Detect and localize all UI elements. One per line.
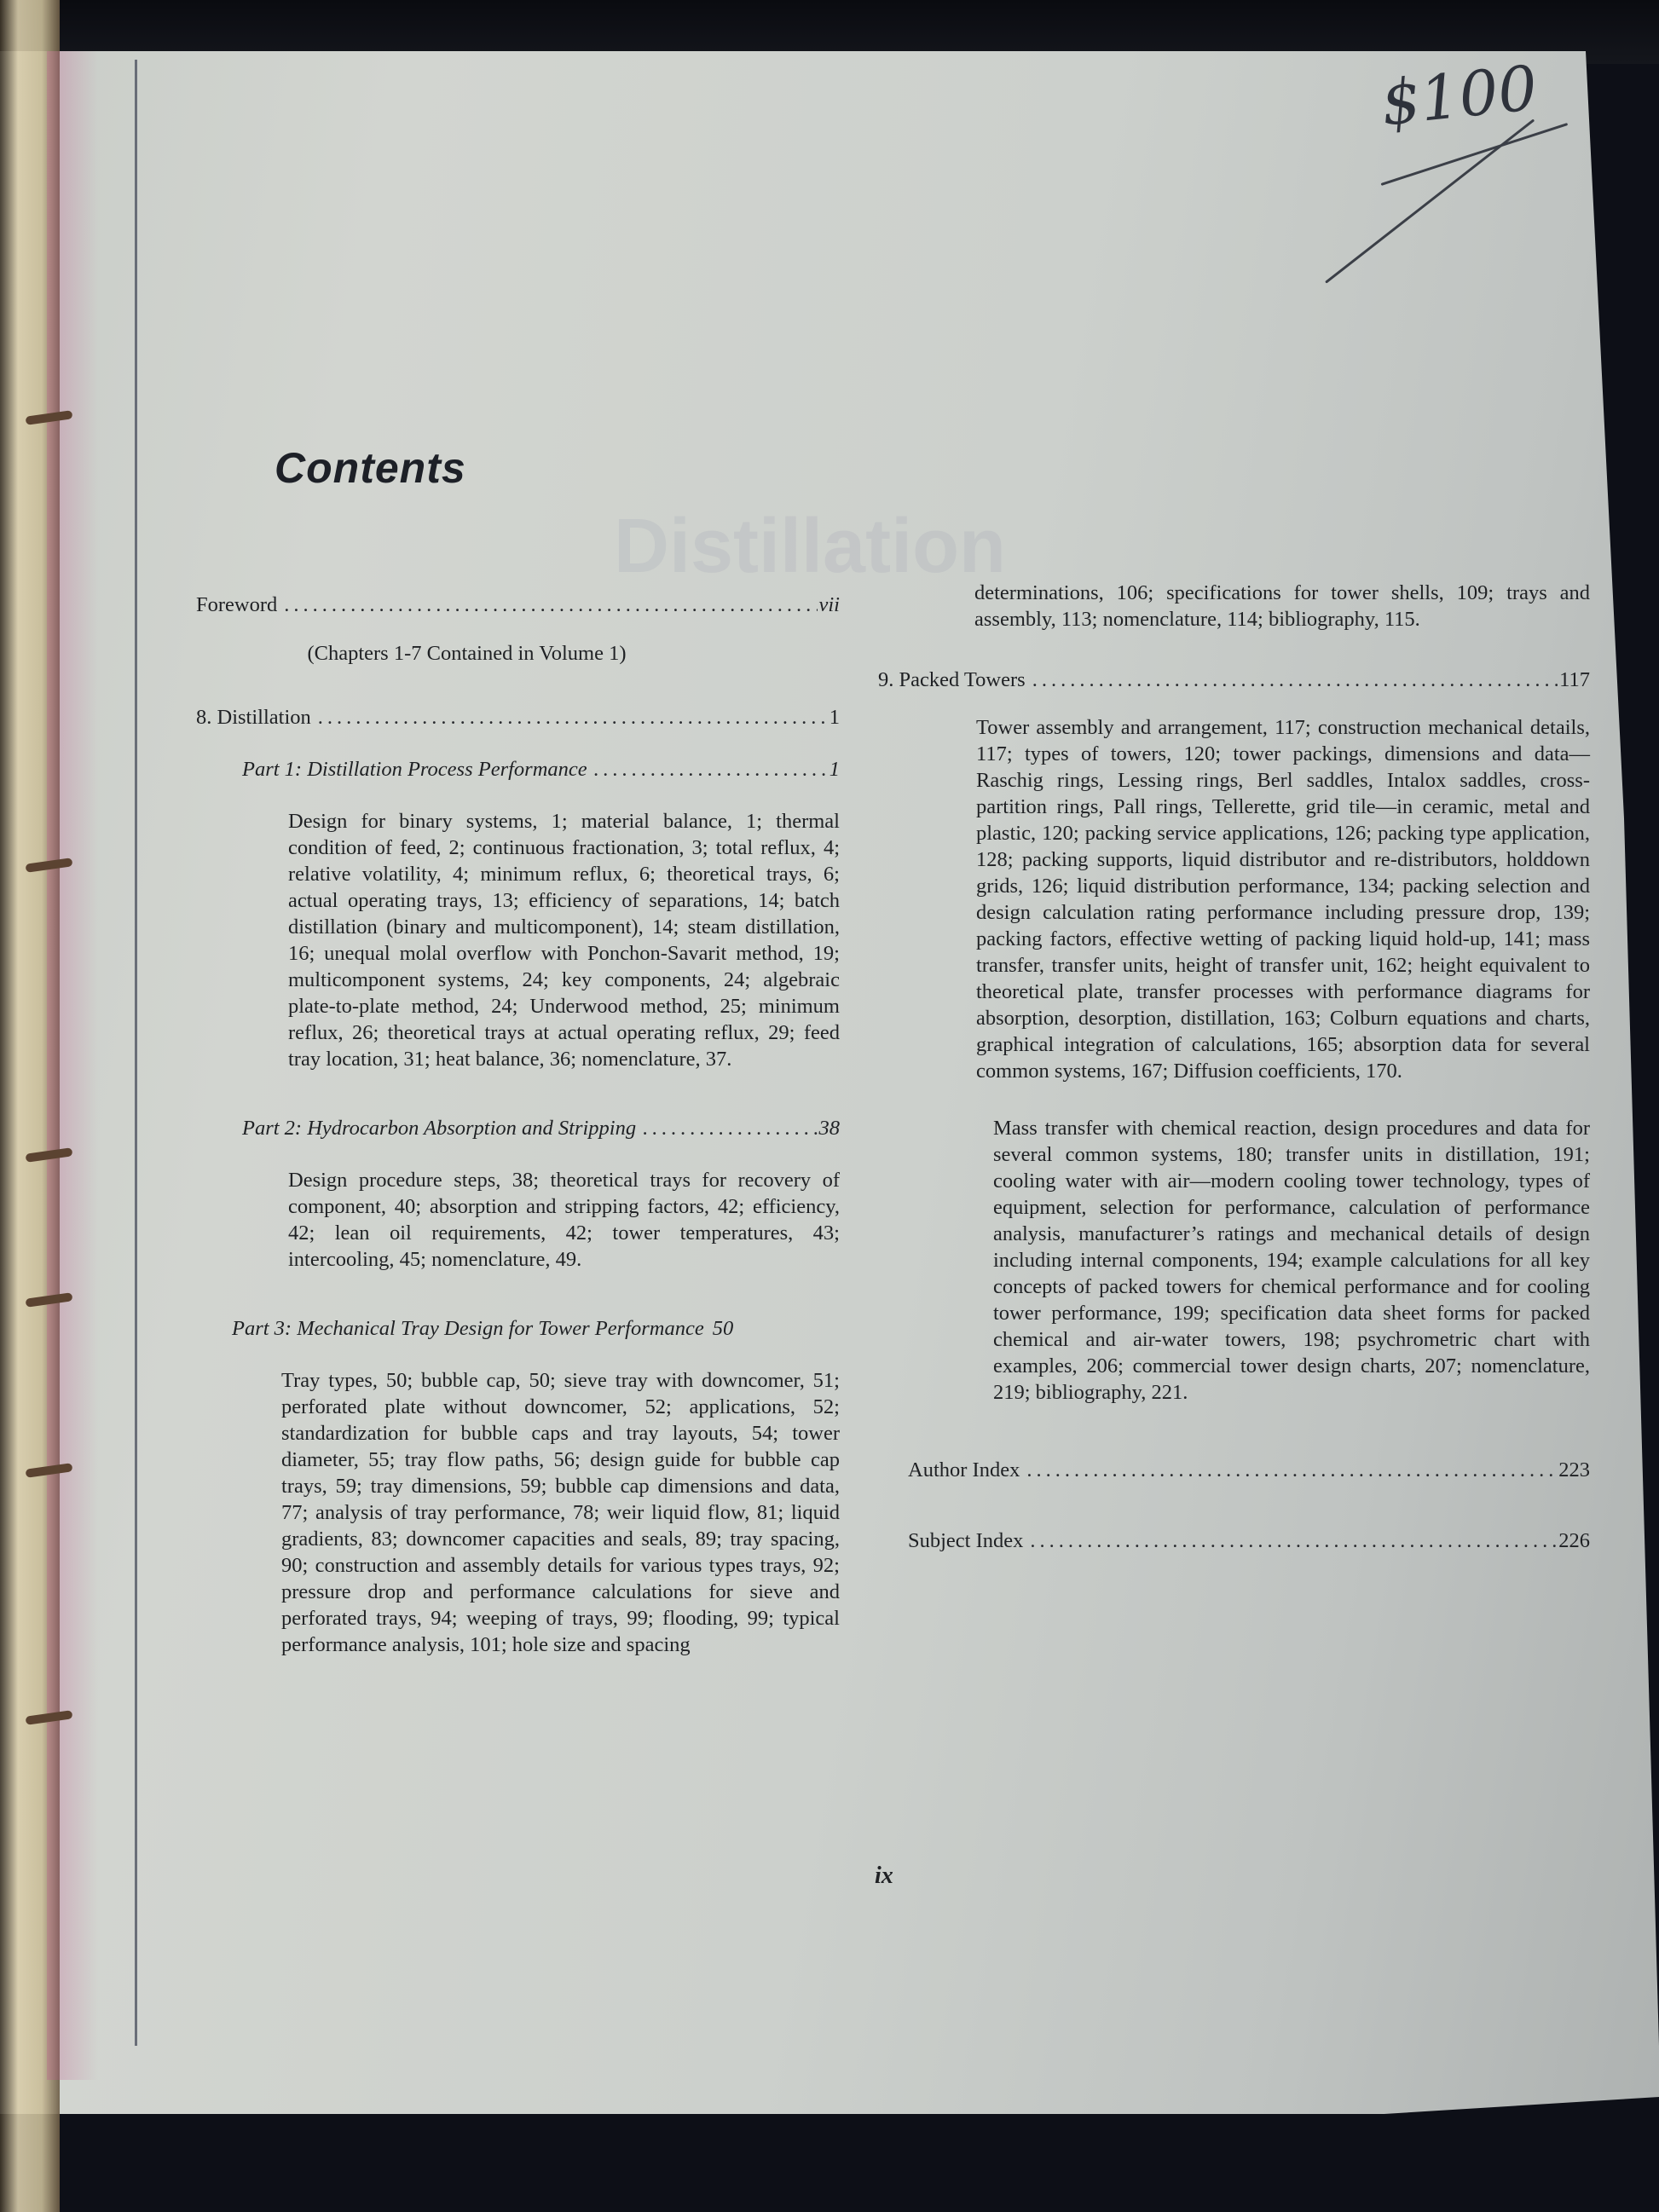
toc-page-number: 1: [828, 704, 840, 731]
leader-dots: [1026, 1457, 1557, 1483]
leader-dots: [643, 1115, 817, 1141]
leader-dots: [284, 592, 817, 618]
toc-page-number: 223: [1557, 1457, 1590, 1483]
toc-entry-label: Part 3: Mechanical Tray Design for Tower…: [232, 1315, 711, 1342]
toc-entry-label: Foreword: [196, 592, 284, 618]
toc-page-number: 38: [818, 1115, 841, 1141]
toc-entry-label: Part 2: Hydrocarbon Absorption and Strip…: [242, 1115, 643, 1141]
toc-page-number: 1: [828, 756, 840, 783]
toc-page-number: vii: [818, 592, 841, 618]
part-1-topics: Design for binary systems, 1; material b…: [288, 808, 840, 1072]
part-3-topics-continued: determinations, 106; specifications for …: [974, 580, 1590, 632]
toc-entry-part-1[interactable]: Part 1: Distillation Process Performance…: [242, 756, 840, 783]
page-title: Contents: [275, 443, 466, 493]
leader-dots: [1030, 1528, 1557, 1554]
toc-entry-label: 8. Distillation: [196, 704, 318, 731]
leader-dots: [318, 704, 828, 731]
leader-dots: [594, 756, 828, 783]
volume-note: (Chapters 1-7 Contained in Volume 1): [196, 640, 840, 667]
toc-entry-label: Author Index: [908, 1457, 1026, 1483]
toc-entry-label: 9. Packed Towers: [878, 667, 1032, 693]
toc-entry-chapter-9[interactable]: 9. Packed Towers 117: [878, 667, 1590, 693]
toc-page-number: 117: [1558, 667, 1590, 693]
toc-entry-author-index[interactable]: Author Index 223: [908, 1457, 1590, 1483]
toc-page-number: 226: [1557, 1528, 1590, 1554]
toc-entry-label: Part 1: Distillation Process Performance: [242, 756, 594, 783]
chapter-9-topics-continued: Mass transfer with chemical reaction, de…: [993, 1115, 1590, 1406]
leader-dots: [1032, 667, 1558, 693]
binding-stain: [47, 51, 98, 2080]
toc-entry-subject-index[interactable]: Subject Index 226: [908, 1528, 1590, 1554]
part-2-topics: Design procedure steps, 38; theoretical …: [288, 1167, 840, 1273]
part-3-topics: Tray types, 50; bubble cap, 50; sieve tr…: [281, 1367, 840, 1658]
toc-left-column: Foreword vii (Chapters 1-7 Contained in …: [196, 592, 840, 1701]
toc-entry-foreword[interactable]: Foreword vii: [196, 592, 840, 618]
toc-entry-label: Subject Index: [908, 1528, 1030, 1554]
chapter-9-topics: Tower assembly and arrangement, 117; con…: [976, 714, 1590, 1084]
show-through-text: Distillation: [614, 503, 1006, 591]
toc-right-column: determinations, 106; specifications for …: [878, 580, 1590, 1554]
pencil-margin-line: [135, 60, 137, 2046]
toc-entry-part-2[interactable]: Part 2: Hydrocarbon Absorption and Strip…: [242, 1115, 840, 1141]
toc-entry-part-3[interactable]: Part 3: Mechanical Tray Design for Tower…: [232, 1315, 840, 1342]
page-number: ix: [875, 1863, 893, 1890]
toc-entry-chapter-8[interactable]: 8. Distillation 1: [196, 704, 840, 731]
toc-page-number: 50: [711, 1315, 734, 1342]
